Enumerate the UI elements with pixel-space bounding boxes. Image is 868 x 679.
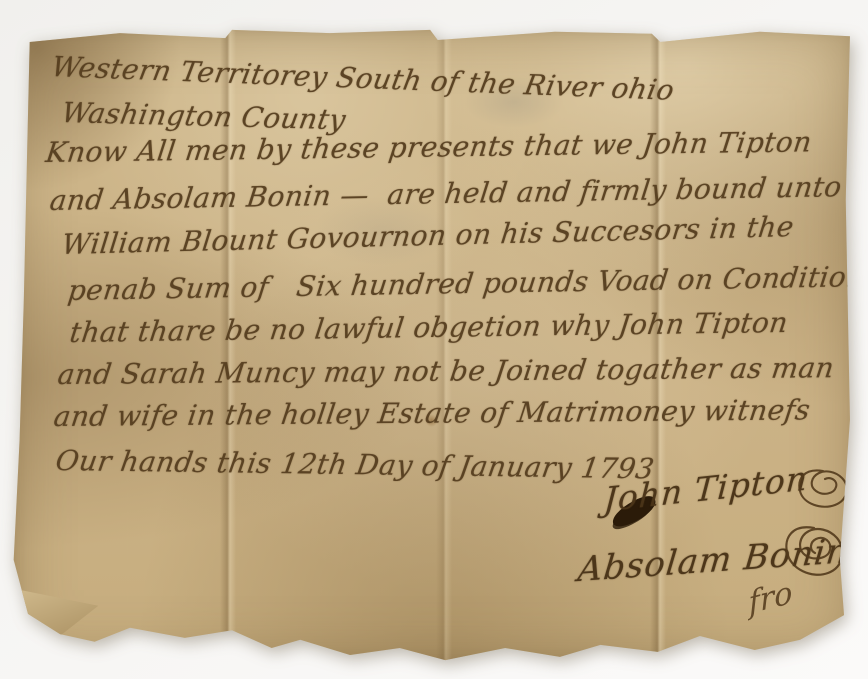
handwritten-line-county: Washington County [59, 96, 348, 136]
seal-mark-icon [794, 466, 852, 512]
handwritten-line-sarah-muncy: and Sarah Muncy may not be Joined togath… [56, 351, 836, 391]
seal-mark-icon [780, 522, 848, 582]
document-paper: Western Territorey South of the River oh… [12, 28, 855, 662]
folded-corner [16, 584, 100, 652]
handwritten-line-bound-unto: and Absolam Bonin — are held and firmly … [48, 170, 844, 217]
fold-crease-middle [436, 28, 452, 662]
handwritten-line-date: Our hands this 12th Day of January 1793 [53, 444, 656, 485]
handwritten-line-penal-sum: penab Sum of Six hundred pounds Voad on … [66, 260, 867, 307]
handwritten-line-know-all-men: Know All men by these presents that we J… [44, 125, 814, 169]
handwritten-line-matrimony: and wife in the holley Estate of Matrimo… [52, 393, 813, 433]
document-photo: Western Territorey South of the River oh… [0, 0, 868, 679]
handwritten-line-no-lawful-objection: that thare be no lawful obgetion why Joh… [68, 306, 790, 349]
paper-shadow-wrap: Western Territorey South of the River oh… [0, 0, 868, 679]
partial-handwriting-torn-edge: fro [747, 574, 793, 621]
